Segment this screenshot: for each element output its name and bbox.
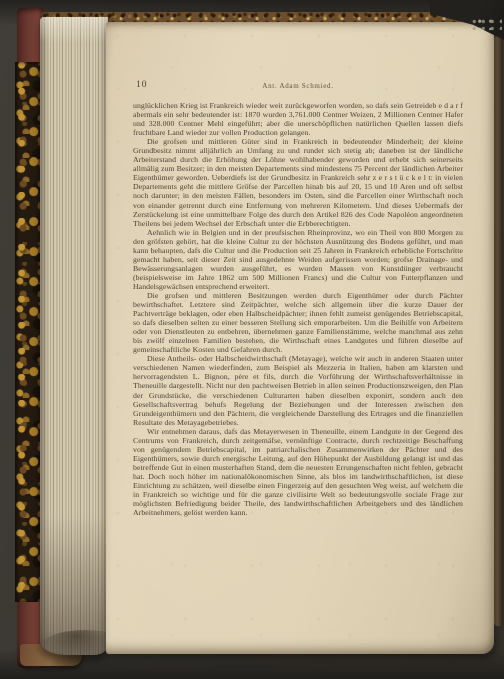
running-header: 10 Ant. Adam Schmied. <box>133 80 463 94</box>
body-paragraph-5: Diese Antheils- oder Halbscheidwirthscha… <box>133 354 463 426</box>
headband-speckle <box>472 18 502 30</box>
body-paragraph-6: Wir entnehmen daraus, dafs das Metayerwe… <box>133 427 463 517</box>
body-paragraph-3: Aehnlich wie in Belgien und in der preuf… <box>133 228 463 291</box>
body-paragraph-1: unglücklichen Krieg ist Frankreich wiede… <box>133 101 463 137</box>
body-paragraph-4: Die grofsen und mittleren Besitzungen we… <box>133 291 463 354</box>
next-page-gutter-sliver <box>494 36 503 626</box>
body-text: unglücklichen Krieg ist Frankreich wiede… <box>133 101 463 517</box>
book-page: 10 Ant. Adam Schmied. unglücklichen Krie… <box>106 22 494 654</box>
running-head-author: Ant. Adam Schmied. <box>133 82 463 90</box>
page-stack-fore-edge <box>40 17 108 655</box>
print-area: 10 Ant. Adam Schmied. unglücklichen Krie… <box>133 80 463 608</box>
body-paragraph-2: Die grofsen und mittleren Güter sind in … <box>133 137 463 227</box>
photo-background: 10 Ant. Adam Schmied. unglücklichen Krie… <box>0 0 504 679</box>
